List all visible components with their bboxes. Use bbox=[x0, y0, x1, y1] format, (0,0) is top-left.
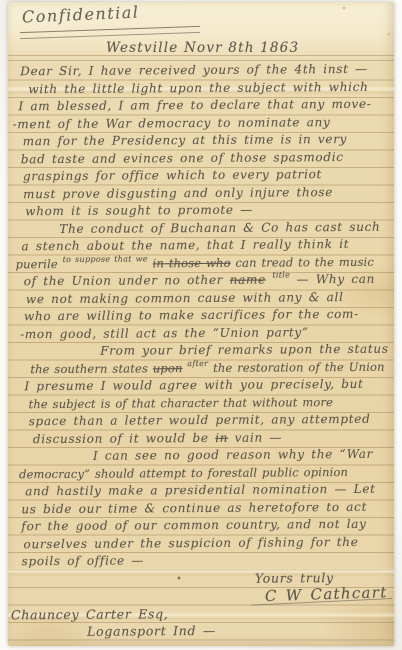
address-recipient: Chauncey Carter Esq, bbox=[11, 605, 169, 624]
letter-line-28: spoils of office — bbox=[22, 552, 145, 570]
address-city: Logansport Ind — bbox=[87, 622, 216, 640]
letter-body: Dear Sir, I have received yours of the 4… bbox=[8, 2, 394, 646]
letter-line-6: graspings for office which to every patr… bbox=[23, 166, 322, 186]
inserted-text-above-line: after bbox=[187, 358, 208, 367]
letter-line-13: we not making common cause with any & al… bbox=[26, 289, 344, 309]
letter-line-22: I can see no good reason why the “War bbox=[93, 446, 373, 465]
struck-out-text: name bbox=[230, 273, 266, 287]
letter-line-8: whom it is sought to promote — bbox=[25, 202, 253, 221]
letter-line-15: -mon good, still act as the “Union party… bbox=[20, 324, 309, 344]
inserted-text-above-line: title bbox=[272, 270, 290, 279]
letter-line-21: discussion of it would be in vain — bbox=[33, 429, 282, 448]
letter-line-23: democracy” should attempt to forestall p… bbox=[19, 463, 348, 483]
letter-line-19: the subject is of that character that wi… bbox=[28, 394, 333, 414]
valediction: Yours truly bbox=[255, 569, 334, 587]
letter-line-20: space than a letter would permit, any at… bbox=[29, 411, 371, 431]
struck-out-text: in bbox=[215, 430, 228, 444]
letter-line-3: -ment of the War democracy to nominate a… bbox=[13, 114, 331, 134]
letter-line-5: bad taste and evinces one of those spasm… bbox=[21, 149, 344, 169]
inserted-text-above-line: to suppose that we bbox=[63, 254, 148, 264]
letter-line-10: a stench about the name, that I really t… bbox=[21, 236, 349, 256]
letter-line-7: must prove disgusting and only injure th… bbox=[23, 184, 333, 204]
struck-out-text: upon bbox=[153, 361, 183, 375]
signature: C W Cathcart bbox=[265, 584, 388, 606]
letter-line-4: man for the Presidency at this time is i… bbox=[23, 131, 348, 151]
letter-line-27: ourselves under the suspicion of fishing… bbox=[23, 533, 358, 553]
struck-out-text: in those who bbox=[153, 255, 231, 270]
scan-background: Confidential Westville Novr 8th 1863 Dea… bbox=[0, 0, 402, 650]
letter-paper: Confidential Westville Novr 8th 1863 Dea… bbox=[8, 2, 394, 646]
letter-line-9: The conduct of Buchanan & Co has cast su… bbox=[59, 218, 380, 238]
letter-line-16: From your brief remarks upon the status … bbox=[100, 341, 394, 361]
